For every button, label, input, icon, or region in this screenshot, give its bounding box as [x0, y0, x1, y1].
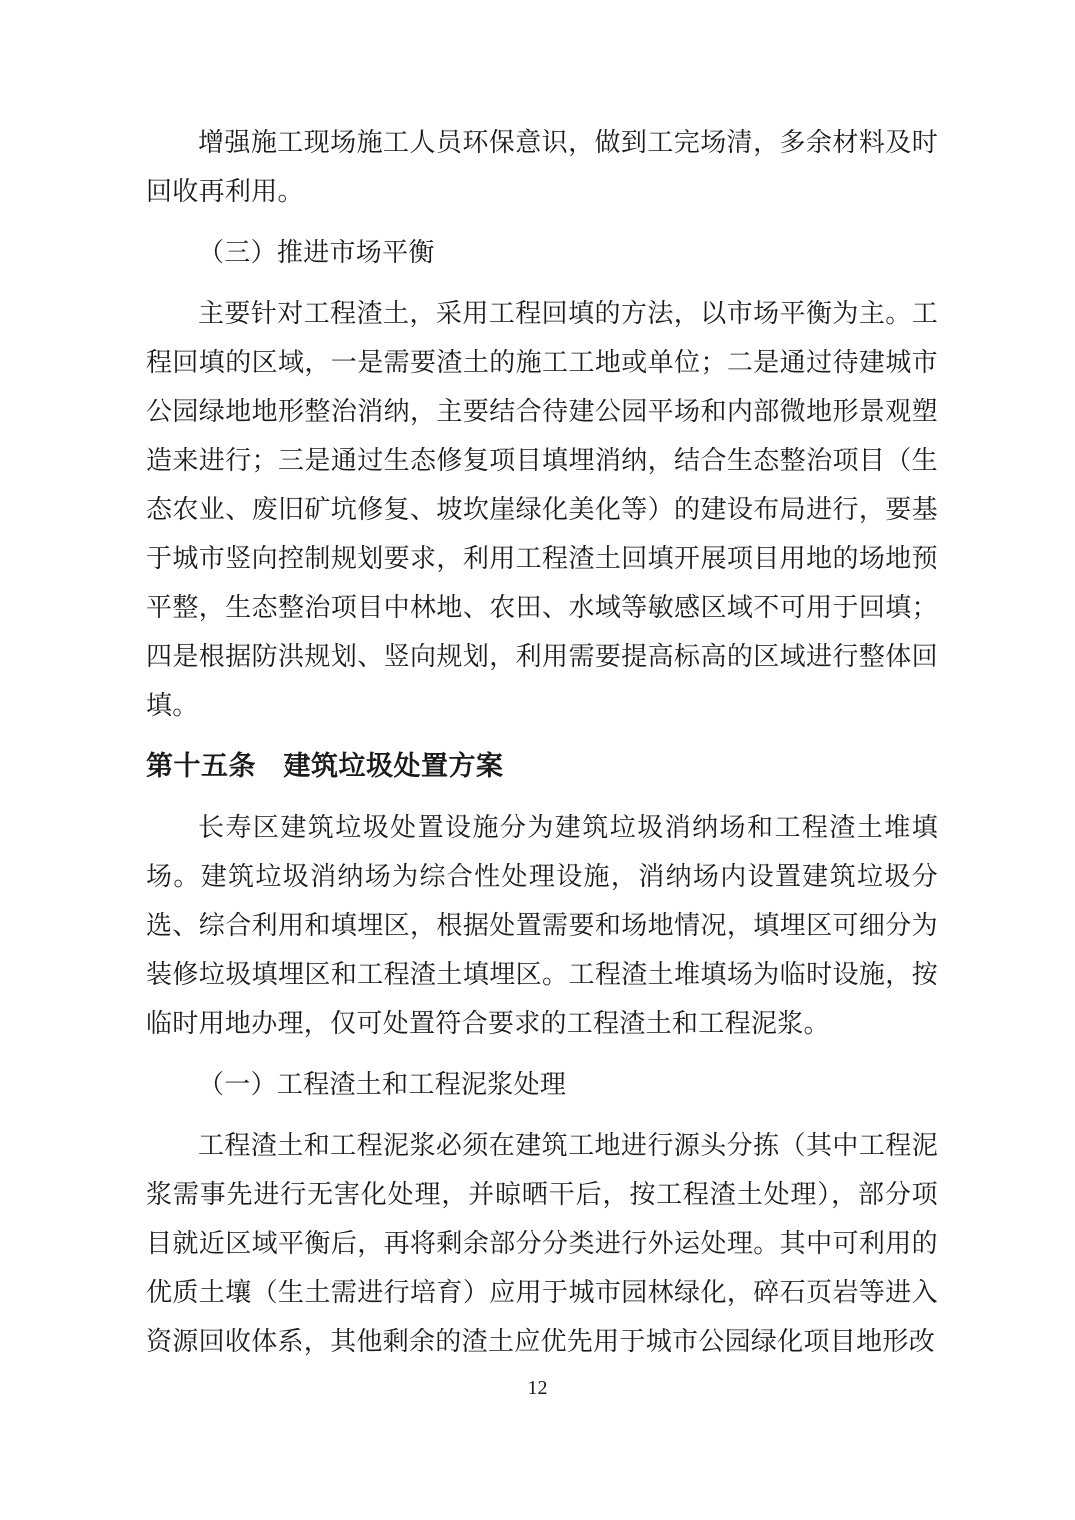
paragraph-env-awareness: 增强施工现场施工人员环保意识，做到工完场清，多余材料及时回收再利用。 — [146, 118, 938, 216]
page-number: 12 — [0, 1374, 1075, 1402]
document-body: 增强施工现场施工人员环保意识，做到工完场清，多余材料及时回收再利用。 （三）推进… — [146, 118, 938, 1370]
paragraph-market-balance: 主要针对工程渣土，采用工程回填的方法，以市场平衡为主。工程回填的区域，一是需要渣… — [146, 289, 938, 730]
document-page: 增强施工现场施工人员环保意识，做到工完场清，多余材料及时回收再利用。 （三）推进… — [0, 0, 1075, 1520]
subheading-slag-slurry-treatment: （一）工程渣土和工程泥浆处理 — [146, 1060, 938, 1109]
subheading-promote-market-balance: （三）推进市场平衡 — [146, 228, 938, 277]
paragraph-slag-slurry-treatment: 工程渣土和工程泥浆必须在建筑工地进行源头分拣（其中工程泥浆需事先进行无害化处理，… — [146, 1121, 938, 1366]
paragraph-waste-disposal-facilities: 长寿区建筑垃圾处置设施分为建筑垃圾消纳场和工程渣土堆填场。建筑垃圾消纳场为综合性… — [146, 803, 938, 1048]
heading-article-15: 第十五条 建筑垃圾处置方案 — [146, 742, 938, 791]
